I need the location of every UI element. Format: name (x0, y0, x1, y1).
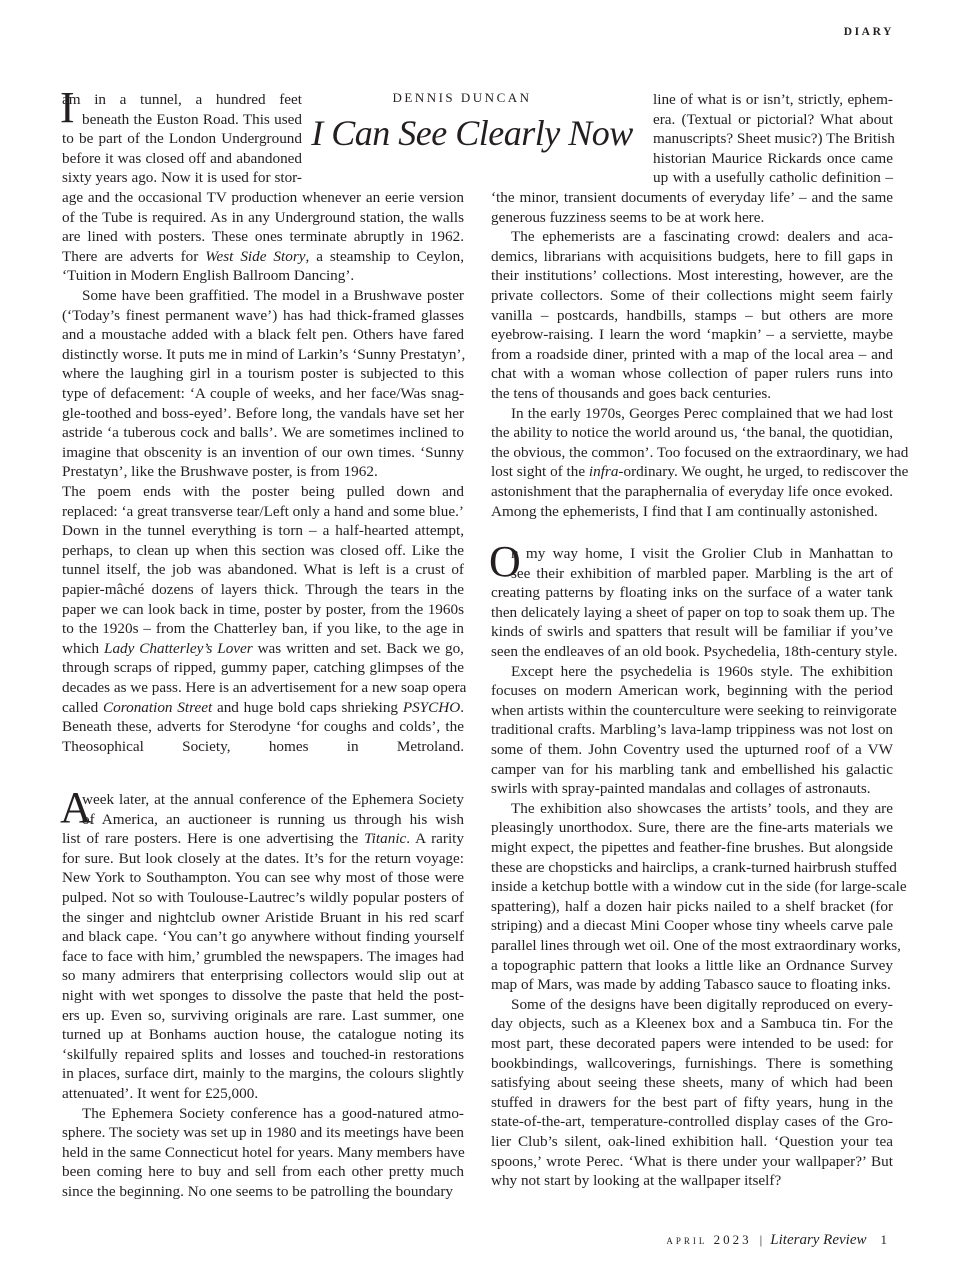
page-number: 1 (881, 1232, 888, 1247)
author-byline: DENNIS DUNCAN (302, 90, 622, 106)
text-line: face to face with him,’ grumbled the new… (62, 947, 464, 967)
text-line: perhaps, to clean up when this section w… (62, 541, 464, 561)
text-line: sixty years ago. Now it is used for stor… (62, 168, 302, 188)
text-line: before it was closed off and abandoned (62, 149, 302, 169)
text-line: inside a ketchup bottle with a window cu… (491, 877, 893, 897)
text-line: private collectors. Some of their collec… (491, 286, 893, 306)
text-line: astride ‘a tuberous cock and balls’. We … (62, 423, 464, 443)
text-line: parallel lines through wet oil. One of t… (491, 936, 893, 956)
text-line: when artists within the counterculture w… (491, 701, 893, 721)
text-line: In the early 1970s, Georges Perec compla… (491, 404, 893, 424)
text-line: The exhibition also showcases the artist… (491, 799, 893, 819)
text-line: Except here the psychedelia is 1960s sty… (491, 662, 893, 682)
text-line: imagine that obscenity is an invention o… (62, 443, 464, 463)
text-line: seen the endleaves of an old book. Psych… (491, 642, 893, 662)
text-line: Some of the designs have been digitally … (491, 995, 893, 1015)
text-line: (‘Today’s finest permanent wave’) has ha… (62, 306, 464, 326)
footer-separator: | (760, 1232, 763, 1247)
text-line: for sure. But look closely at the dates.… (62, 849, 464, 869)
text-line: gle-toothed and boss-eyed’. Before long,… (62, 404, 464, 424)
text-line: from a roadside diner, printed with a ma… (491, 345, 893, 365)
text-line: ‘skilfully repaired splits and losses an… (62, 1045, 464, 1065)
text-line: the ability to notice the world around u… (491, 423, 893, 443)
section-label: DIARY (844, 26, 894, 38)
text-line: map of Mars, was made by adding Tabasco … (491, 975, 893, 995)
drop-cap: A (60, 788, 92, 828)
text-line: manuscripts? Sheet music?) The British (653, 129, 893, 149)
text-line: spattering), half a dozen hair picks nai… (491, 897, 893, 917)
text-line: astonishment that the paraphernalia of e… (491, 482, 893, 502)
text-line: some of them. John Coventry used the upt… (491, 740, 893, 760)
text-line: called Coronation Street and huge bold c… (62, 698, 464, 718)
text-line: ‘Tuition in Modern English Ballroom Danc… (62, 266, 464, 286)
drop-cap: O (489, 542, 521, 582)
text-line: creating patterns by floating inks on th… (491, 583, 893, 603)
text-line: swirls with spray-painted mandalas and c… (491, 779, 893, 799)
text-line: camper van for his marbling tank and emb… (491, 760, 893, 780)
text-line: pulped. Not so with Toulouse-Lautrec’s w… (62, 888, 464, 908)
text-line: am in a tunnel, a hundred feet (62, 90, 302, 110)
text-line: focuses on modern American work, beginni… (491, 681, 893, 701)
text-line: sphere. The society was set up in 1980 a… (62, 1123, 464, 1143)
article-title: I Can See Clearly Now (302, 112, 642, 154)
text-line: of the Tube is required. As in any Under… (62, 208, 464, 228)
text-line: tunnel itself, the job was abandoned. Wh… (62, 560, 464, 580)
text-line: New York to Southampton. You can see why… (62, 868, 464, 888)
text-line: since the beginning. No one seems to be … (62, 1182, 464, 1202)
text-line: spoons,’ wrote Perec. ‘What is there und… (491, 1152, 893, 1172)
text-line: up with a usefully catholic definition – (653, 168, 893, 188)
text-line: vanilla – postcards, handbills, stamps –… (491, 306, 893, 326)
text-line: week later, at the annual conference of … (82, 790, 464, 810)
text-line: generous fuzziness seems to be at work h… (491, 208, 893, 228)
text-line: replaced: ‘a great transverse tear/Left … (62, 502, 464, 522)
text-line: lost sight of the infra-ordinary. We oug… (491, 462, 893, 482)
drop-cap: I (60, 88, 75, 128)
text-line: to the 1920s – from the Chatterley ban, … (62, 619, 464, 639)
text-line: been coming here to buy and sell from ea… (62, 1162, 464, 1182)
text-line: kinds of swirls and spatters that result… (491, 622, 893, 642)
text-line: where the laughing girl in a tourism pos… (62, 364, 464, 384)
text-line: and black cape. ‘You can’t go anywhere w… (62, 927, 464, 947)
text-line: a topographic pattern that looks a littl… (491, 956, 893, 976)
text-line: There are adverts for West Side Story, a… (62, 247, 464, 267)
text-line: era. (Textual or pictorial? What about (653, 110, 893, 130)
page-footer: APRIL 2023|Literary Review1 (666, 1232, 887, 1249)
text-line: which Lady Chatterley’s Lover was writte… (62, 639, 464, 659)
text-line: historian Maurice Rickards once came (653, 149, 893, 169)
text-line: The ephemerists are a fascinating crowd:… (491, 227, 893, 247)
text-line: distinctly worse. It puts me in mind of … (62, 345, 464, 365)
text-line: to be part of the London Underground (62, 129, 302, 149)
text-line: stuffed in drawers for the best part of … (491, 1093, 893, 1113)
text-line: Some have been graffitied. The model in … (62, 286, 464, 306)
text-line: of America, an auctioneer is running us … (82, 810, 464, 830)
text-line: attenuated’. It went for £25,000. (62, 1084, 464, 1104)
text-line: Theosophical Society, homes in Metroland… (62, 737, 464, 757)
text-line: then delicately laying a sheet of paper … (491, 603, 893, 623)
text-line: and a moustache added with a black felt … (62, 325, 464, 345)
text-line: papier-mâché dozens of layers thick. Thr… (62, 580, 464, 600)
text-line: the tens of thousands and goes back cent… (491, 384, 893, 404)
text-line: n my way home, I visit the Grolier Club … (511, 544, 893, 564)
text-line: type of defacement: ‘A couple of weeks, … (62, 384, 464, 404)
text-line: satisfying about seeing these sheets, ma… (491, 1073, 893, 1093)
text-line: decades as we pass. Here is an advertise… (62, 678, 464, 698)
text-line: in places, surface dirt, mainly to the m… (62, 1064, 464, 1084)
text-line: age and the occasional TV production whe… (62, 188, 464, 208)
text-line: these are chopsticks and hairclips, a cr… (491, 858, 893, 878)
text-line: Prestatyn’, like the Brushwave poster, i… (62, 462, 464, 482)
text-line: The poem ends with the poster being pull… (62, 482, 464, 502)
text-line: paper we can look back in time, poster b… (62, 600, 464, 620)
publication-name: Literary Review (770, 1232, 866, 1248)
text-line: lier Club’s silent, oak-lined exhibition… (491, 1132, 893, 1152)
text-line: night with wet sponges to dissolve the p… (62, 986, 464, 1006)
text-line: state-of-the-art, temperature-controlled… (491, 1112, 893, 1132)
text-line: held in the same Connecticut hotel for y… (62, 1143, 464, 1163)
text-line: traditional crafts. Marbling’s lava-lamp… (491, 720, 893, 740)
text-line: their institutions’ collections. Most in… (491, 266, 893, 286)
text-line: list of rare posters. Here is one advert… (62, 829, 464, 849)
text-line: demics, librarians with acquisitions bud… (491, 247, 893, 267)
text-line: so many admirers that enterprising colle… (62, 966, 464, 986)
text-line: through scraps of ripped, gummy paper, c… (62, 658, 464, 678)
text-line: pleasingly unorthodox. Sure, there are t… (491, 818, 893, 838)
text-line: bookbindings, wallcoverings, furnishings… (491, 1054, 893, 1074)
text-line: Among the ephemerists, I find that I am … (491, 502, 893, 522)
text-line: eyebrow-raising. I learn the word ‘mapki… (491, 325, 893, 345)
text-line: Down in the tunnel everything is torn – … (62, 521, 464, 541)
text-line: turned up at Bonhams auction house, the … (62, 1025, 464, 1045)
text-line: day objects, such as a Kleenex box and a… (491, 1014, 893, 1034)
text-line: line of what is or isn’t, strictly, ephe… (653, 90, 893, 110)
text-line: ers up. Even so, surviving originals are… (62, 1006, 464, 1026)
text-line: the singer and nightclub owner Aristide … (62, 908, 464, 928)
text-line: the obvious, the common’. Too focused on… (491, 443, 893, 463)
text-line: see their exhibition of marbled paper. M… (511, 564, 893, 584)
text-line: might expect, the pipettes and feather-f… (491, 838, 893, 858)
text-line: beneath the Euston Road. This used (82, 110, 302, 130)
text-line: most part, these decorated papers were i… (491, 1034, 893, 1054)
text-line: chat with a woman whose collection of pa… (491, 364, 893, 384)
text-line: are lined with posters. These ones termi… (62, 227, 464, 247)
text-line: The Ephemera Society conference has a go… (62, 1104, 464, 1124)
text-line: why not start by looking at the wallpape… (491, 1171, 893, 1191)
text-line: Beneath these, adverts for Sterodyne ‘fo… (62, 717, 464, 737)
text-line: striping) and a diecast Mini Cooper whos… (491, 916, 893, 936)
text-line: ‘the minor, transient documents of every… (491, 188, 893, 208)
issue-date: APRIL 2023 (666, 1232, 751, 1247)
